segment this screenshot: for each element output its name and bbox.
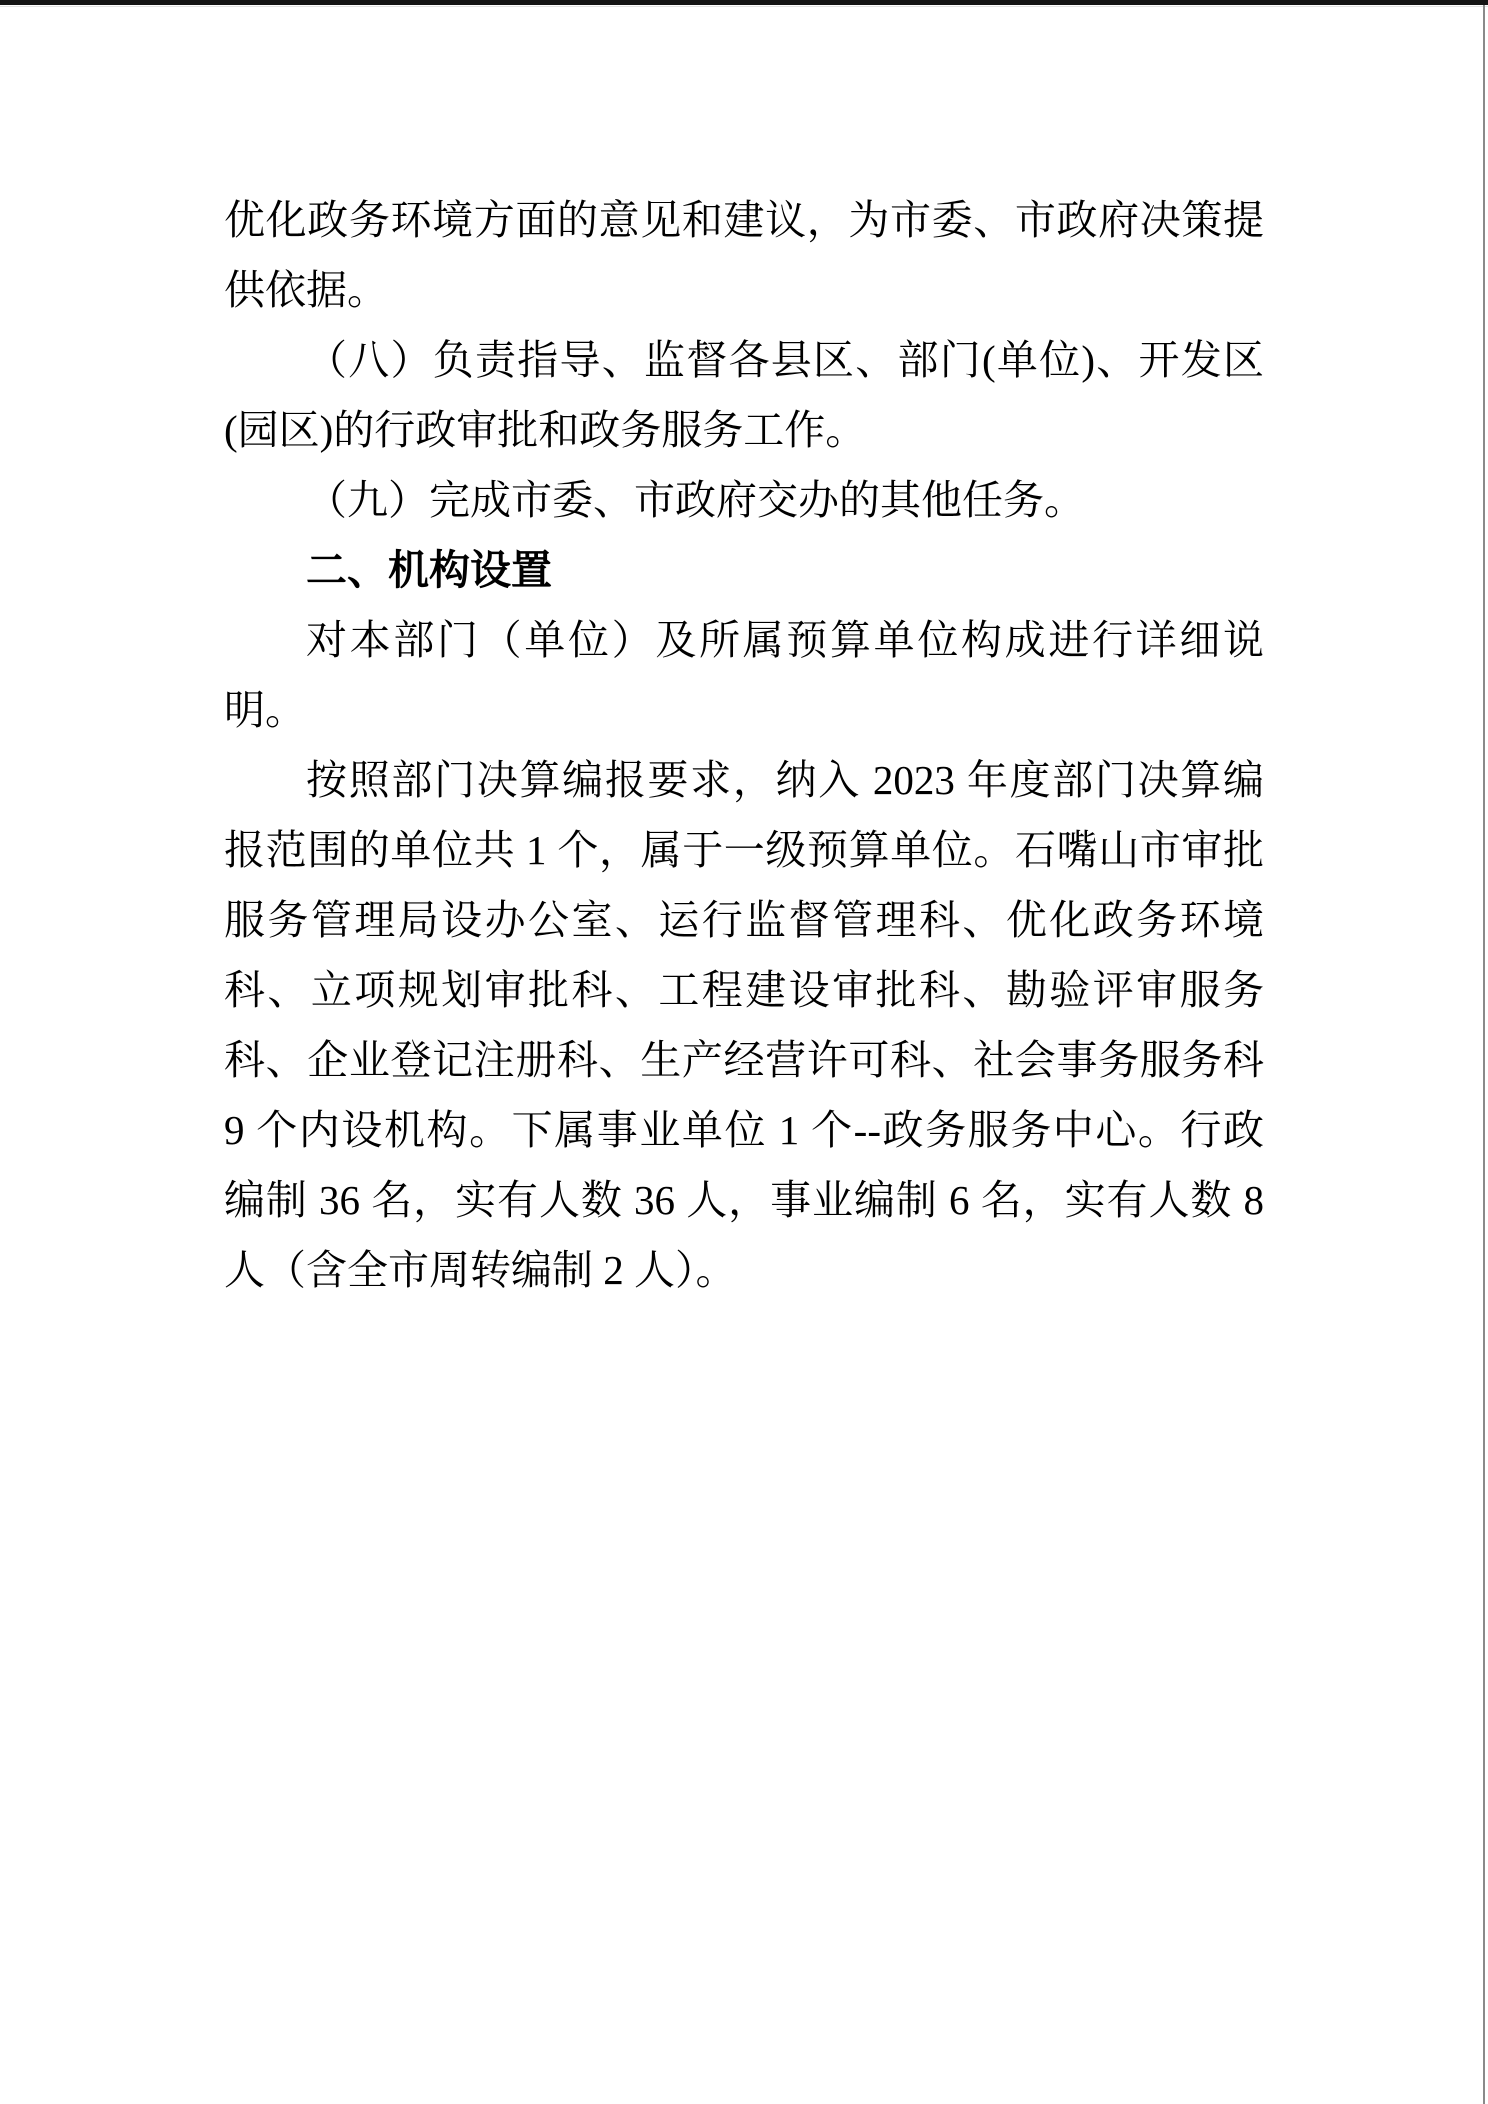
paragraph-item-eight: （八）负责指导、监督各县区、部门(单位)、开发区(园区)的行政审批和政务服务工作… <box>224 325 1264 465</box>
paragraph-organization-details: 按照部门决算编报要求，纳入 2023 年度部门决算编报范围的单位共 1 个，属于… <box>224 745 1264 1305</box>
paragraph-continuation: 优化政务环境方面的意见和建议，为市委、市政府决策提供依据。 <box>224 185 1264 325</box>
document-body: 优化政务环境方面的意见和建议，为市委、市政府决策提供依据。 （八）负责指导、监督… <box>224 185 1264 1305</box>
page-top-rule <box>0 6 1488 7</box>
document-page: { "page": { "background_color": "#ffffff… <box>0 0 1488 2104</box>
section-heading-organization-setup: 二、机构设置 <box>224 535 1264 605</box>
paragraph-description-intro: 对本部门（单位）及所属预算单位构成进行详细说明。 <box>224 605 1264 745</box>
page-top-border <box>0 0 1488 5</box>
paragraph-item-nine: （九）完成市委、市政府交办的其他任务。 <box>224 465 1264 535</box>
page-right-rule <box>1483 5 1485 2104</box>
